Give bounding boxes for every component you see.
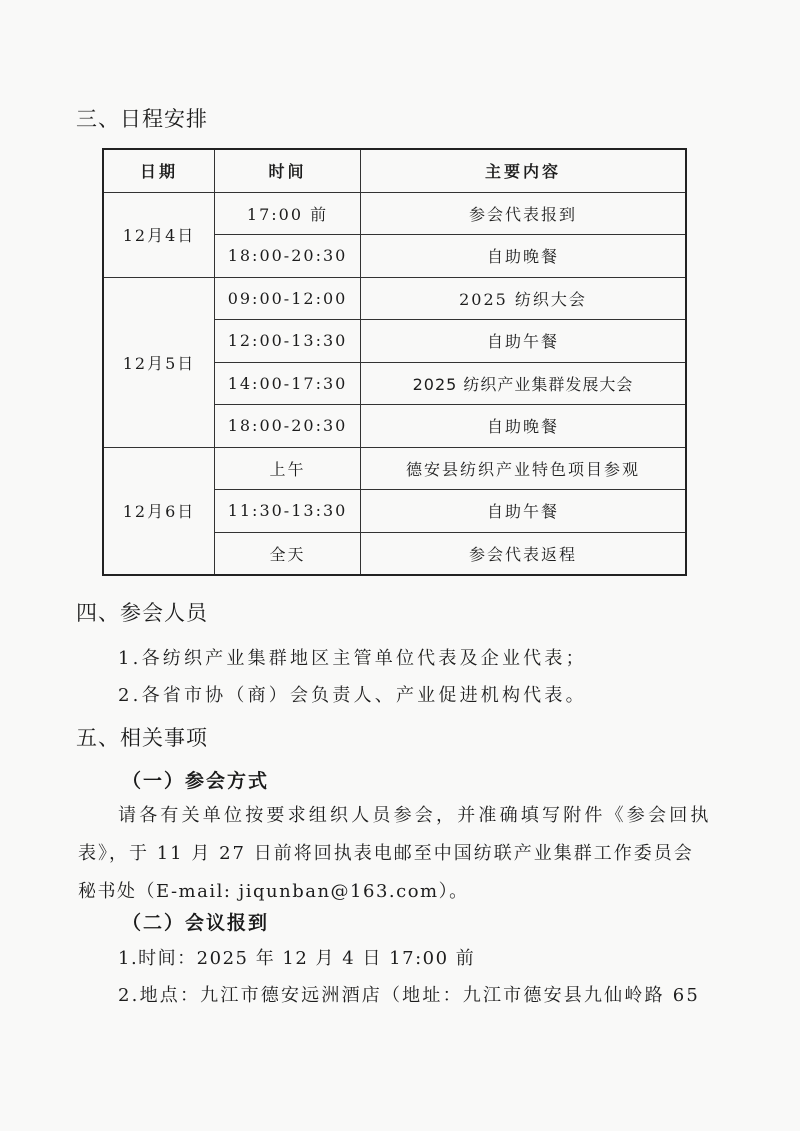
- content-cell: 参会代表返程: [361, 532, 687, 575]
- table-row: 12月5日 09:00-12:00 2025 纺织大会: [103, 277, 686, 320]
- attendee-item-1: 1.各纺织产业集群地区主管单位代表及企业代表；: [118, 644, 587, 670]
- time-cell: 14:00-17:30: [215, 362, 361, 405]
- content-cell: 德安县纺织产业特色项目参观: [361, 447, 687, 490]
- participation-paragraph-line-1: 请各有关单位按要求组织人员参会，并准确填写附件《参会回执: [118, 801, 712, 827]
- table-row: 12月6日 上午 德安县纺织产业特色项目参观: [103, 447, 686, 490]
- content-cell: 自助晚餐: [361, 405, 687, 448]
- section-3-heading: 三、日程安排: [76, 103, 208, 133]
- content-cell: 自助午餐: [361, 490, 687, 533]
- content-cell: 自助晚餐: [361, 235, 687, 278]
- section-5-heading: 五、相关事项: [76, 722, 208, 752]
- header-date: 日期: [103, 149, 215, 192]
- header-content: 主要内容: [361, 149, 687, 192]
- time-cell: 17:00 前: [215, 192, 361, 235]
- table-header-row: 日期 时间 主要内容: [103, 149, 686, 192]
- table-row: 12月4日 17:00 前 参会代表报到: [103, 192, 686, 235]
- subsection-2-heading: （二）会议报到: [122, 908, 269, 935]
- subsection-1-heading: （一）参会方式: [122, 766, 269, 793]
- schedule-table: 日期 时间 主要内容 12月4日 17:00 前 参会代表报到 18:00-20…: [102, 148, 687, 576]
- time-cell: 上午: [215, 447, 361, 490]
- time-cell: 18:00-20:30: [215, 405, 361, 448]
- content-cell: 自助午餐: [361, 320, 687, 363]
- date-cell: 12月4日: [103, 192, 215, 277]
- time-cell: 11:30-13:30: [215, 490, 361, 533]
- section-4-heading: 四、参会人员: [76, 597, 208, 627]
- time-cell: 12:00-13:30: [215, 320, 361, 363]
- participation-paragraph-line-3: 秘书处（E-mail: jiqunban@163.com）。: [78, 877, 469, 903]
- time-cell: 全天: [215, 532, 361, 575]
- participation-paragraph-line-2: 表》，于 11 月 27 日前将回执表电邮至中国纺联产业集群工作委员会: [78, 839, 694, 865]
- registration-time: 1.时间：2025 年 12 月 4 日 17:00 前: [118, 944, 475, 970]
- time-cell: 18:00-20:30: [215, 235, 361, 278]
- time-cell: 09:00-12:00: [215, 277, 361, 320]
- date-cell: 12月6日: [103, 447, 215, 575]
- attendee-item-2: 2.各省市协（商）会负责人、产业促进机构代表。: [118, 681, 587, 707]
- content-cell-highlight: 2025 纺织产业集群发展大会: [361, 362, 687, 405]
- content-cell: 2025 纺织大会: [361, 277, 687, 320]
- content-cell: 参会代表报到: [361, 192, 687, 235]
- registration-location: 2.地点：九江市德安远洲酒店（地址：九江市德安县九仙岭路 65: [118, 981, 700, 1007]
- header-time: 时间: [215, 149, 361, 192]
- date-cell: 12月5日: [103, 277, 215, 447]
